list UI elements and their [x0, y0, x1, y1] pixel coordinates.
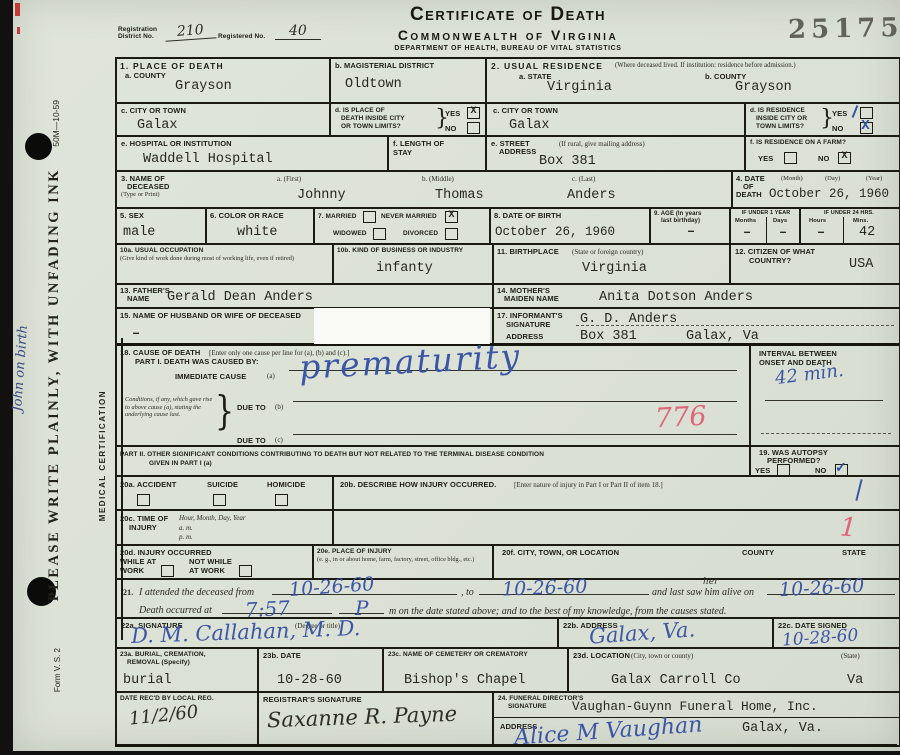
autopsy-no-label: NO	[815, 466, 826, 475]
street-value: Box 381	[539, 154, 596, 169]
cell-interval: INTERVAL BETWEEN ONSET AND DEATH 42 min.	[749, 346, 899, 445]
sex-value: male	[123, 225, 155, 240]
due-to-b-label: DUE TO	[237, 403, 266, 412]
stay-label-2: STAY	[393, 148, 412, 157]
res-city-value: Galax	[509, 118, 550, 133]
certificate-title: Certificate of Death	[343, 4, 673, 26]
row-name-dod: 3. NAME OF DECEASED (Type or Print) a. (…	[117, 170, 899, 207]
place-of-injury-label: 20e. PLACE OF INJURY	[317, 548, 392, 555]
pod-city-value: Galax	[137, 118, 178, 133]
dod-year-label: (Year)	[866, 175, 882, 182]
father-value: Gerald Dean Anders	[167, 290, 313, 305]
middle-name-value: Thomas	[435, 188, 484, 203]
last-name-label: c. (Last)	[572, 175, 595, 183]
part1-label: PART I. DEATH WAS CAUSED BY:	[135, 357, 259, 366]
divorced-label: DIVORCED	[403, 230, 438, 237]
under24-header: IF UNDER 24 HRS.	[804, 210, 894, 216]
form-code: Form V. S. 2	[53, 648, 62, 692]
registered-no-value: 40	[275, 23, 321, 40]
cell-street-address: e. STREET ADDRESS (If rural, give mailin…	[485, 137, 744, 170]
burial-label-1: 23a. BURIAL, CREMATION,	[120, 651, 206, 658]
cell-citizen: 12. CITIZEN OF WHAT COUNTRY? USA	[729, 245, 897, 283]
informant-address-box: Box 381	[580, 329, 637, 344]
pm-label: p. m.	[179, 533, 193, 541]
dod-month-label: (Month)	[781, 175, 803, 182]
district-label: b. MAGISTERIAL DISTRICT	[335, 61, 434, 70]
divorced-checkbox	[445, 228, 458, 240]
name-label-3: (Type or Print)	[121, 191, 160, 198]
dob-value: October 26, 1960	[495, 225, 615, 239]
citizen-value: USA	[849, 257, 873, 272]
res-city-label: c. CITY OR TOWN	[493, 106, 558, 115]
district-no-label: District No.	[118, 33, 154, 40]
days-value: –	[779, 226, 787, 241]
homicide-label: HOMICIDE	[267, 480, 305, 489]
funeral-home-value: Vaughan-Guynn Funeral Home, Inc.	[572, 699, 818, 714]
farm-no-mark: X	[839, 151, 850, 162]
industry-label: 10b. KIND OF BUSINESS OR INDUSTRY	[337, 247, 463, 254]
row-disposition: 23a. BURIAL, CREMATION, REMOVAL (Specify…	[117, 647, 899, 691]
farm-yes-checkbox	[784, 152, 797, 164]
row-hospital-street: e. HOSPITAL OR INSTITUTION Waddell Hospi…	[117, 135, 899, 170]
married-label: 7. MARRIED	[318, 213, 357, 220]
row-city-limits: c. CITY OR TOWN Galax d. IS PLACE OF DEA…	[117, 102, 899, 135]
injury-state-label: STATE	[842, 548, 866, 557]
cell-injury-blank: 1	[332, 511, 899, 544]
row-occupation: 10a. USUAL OCCUPATION (Give kind of work…	[117, 243, 899, 283]
pod-limits-label-1: d. IS PLACE OF	[335, 107, 385, 114]
pod-city-label: c. CITY OR TOWN	[121, 106, 186, 115]
death-occurred-text-2: m on the date stated above; and to the b…	[389, 606, 726, 617]
burial-location-value: Galax Carroll Co	[611, 673, 741, 688]
funeral-director-label-1: 24. FUNERAL DIRECTOR'S	[498, 695, 584, 702]
res-limits-label-1: d. IS RESIDENCE	[750, 107, 805, 114]
place-of-injury-note: (e. g., in or about home, farm, factory,…	[317, 556, 489, 563]
pen-slash-mark	[855, 479, 862, 501]
pod-county-label: a. COUNTY	[125, 71, 166, 80]
cell-pod-limits: d. IS PLACE OF DEATH INSIDE CITY OR TOWN…	[329, 104, 485, 135]
cell-part2: PART II. OTHER SIGNIFICANT CONDITIONS CO…	[117, 447, 749, 475]
citizen-label-1: 12. CITIZEN OF WHAT	[735, 247, 815, 256]
cell-magisterial-district: b. MAGISTERIAL DISTRICT Oldtown	[329, 59, 485, 102]
row-registrar: DATE REC'D BY LOCAL REG. 11/2/60 REGISTR…	[117, 691, 899, 745]
funeral-director-label-2: SIGNATURE	[508, 703, 547, 710]
residence-heading: 2. USUAL RESIDENCE	[491, 61, 603, 71]
cell-time-of-injury: 20c. TIME OF INJURY Hour, Month, Day, Ye…	[117, 511, 332, 544]
name-label-2: DECEASED	[127, 182, 169, 191]
race-value: white	[237, 225, 278, 240]
cell-burial-type: 23a. BURIAL, CREMATION, REMOVAL (Specify…	[117, 649, 257, 691]
attended-to-value: 10-26-60	[502, 576, 588, 601]
cell-describe-injury: 20b. DESCRIBE HOW INJURY OCCURRED. [Ente…	[332, 477, 899, 509]
pod-limits-label-3: OR TOWN LIMITS?	[341, 123, 401, 130]
attended-text-1: I attended the deceased from	[139, 587, 254, 598]
cell-marital-status: 7. MARRIED NEVER MARRIED X WIDOWED DIVOR…	[313, 209, 489, 243]
informant-signature-line	[576, 325, 894, 326]
hours-value: –	[817, 226, 825, 241]
cemetery-label: 23c. NAME OF CEMETERY OR CREMATORY	[388, 651, 528, 658]
cell-res-limits: d. IS RESIDENCE INSIDE CITY OR TOWN LIMI…	[744, 104, 899, 135]
row-parents: 13. FATHER'S NAME Gerald Dean Anders 14.…	[117, 283, 899, 307]
row-injury-location: 20d. INJURY OCCURRED WHILE AT WORK NOT W…	[117, 544, 899, 578]
burial-state-note: (State)	[841, 652, 860, 660]
cell-date-received: DATE REC'D BY LOCAL REG. 11/2/60	[117, 693, 257, 745]
res-limits-no-label: NO	[832, 124, 843, 133]
registrar-signature-value: Saxanne R. Payne	[267, 702, 458, 733]
row-physician-signature: 22a. SIGNATURE (Degree or title) D. M. C…	[117, 617, 899, 647]
cell-physician-address: 22b. ADDRESS Galax, Va.	[557, 619, 772, 647]
suicide-checkbox	[213, 494, 226, 506]
injury-occurred-label: 20d. INJURY OCCURRED	[120, 548, 212, 557]
months-value: –	[743, 226, 751, 241]
cell-autopsy: 19. WAS AUTOPSY PERFORMED? YES NO ✓	[749, 447, 899, 475]
cell-length-of-stay: f. LENGTH OF STAY	[387, 137, 485, 170]
row-cause-of-death: 18. CAUSE OF DEATH [Enter only one cause…	[117, 343, 899, 445]
res-limits-no-mark: X	[860, 118, 871, 134]
months-label: Months	[735, 218, 756, 224]
medical-section-double-rule	[121, 338, 123, 640]
father-label-2: NAME	[127, 294, 149, 303]
death-occurred-text: Death occurred at	[139, 605, 212, 616]
farm-label: f. IS RESIDENCE ON A FARM?	[750, 139, 846, 146]
her-correction: her	[703, 577, 718, 587]
last-saw-value: 10-26-60	[778, 575, 864, 601]
cell-res-city: c. CITY OR TOWN Galax	[485, 104, 744, 135]
mins-value: 42	[859, 225, 875, 240]
cell-usual-residence: 2. USUAL RESIDENCE (Where deceased lived…	[485, 59, 899, 102]
cell-date-signed: 22c. DATE SIGNED 10-28-60	[772, 619, 899, 647]
pod-county-value: Grayson	[175, 79, 232, 94]
cell-date-of-death: 4. DATE (Month) (Day) (Year) OF DEATH Oc…	[731, 172, 899, 207]
under1-divider	[766, 217, 767, 243]
cell-injury-occurred: 20d. INJURY OCCURRED WHILE AT WORK NOT W…	[117, 546, 312, 578]
birthplace-label: 11. BIRTHPLACE	[497, 247, 559, 256]
sex-label: 5. SEX	[120, 211, 144, 220]
interval-label-1: INTERVAL BETWEEN	[759, 349, 837, 358]
birthplace-value: Virginia	[582, 261, 647, 276]
pod-limits-label-2: DEATH INSIDE CITY	[341, 115, 405, 122]
cell-cemetery: 23c. NAME OF CEMETERY OR CREMATORY Bisho…	[382, 649, 567, 691]
cell-sex: 5. SEX male	[117, 209, 205, 243]
never-married-label: NEVER MARRIED	[381, 213, 437, 220]
cell-under-one-year: IF UNDER 1 YEAR Months – Days –	[729, 209, 799, 243]
cell-pod-city: c. CITY OR TOWN Galax	[117, 104, 329, 135]
cemetery-value: Bishop's Chapel	[404, 673, 526, 688]
residence-heading-note: (Where deceased lived. If institution: r…	[615, 62, 796, 69]
certificate-scan: 50M—10-59 John on birth PLEASE WRITE PLA…	[13, 0, 900, 751]
res-limits-label-3: TOWN LIMITS?	[756, 123, 804, 130]
row-accident-describe: 20a. ACCIDENT SUICIDE HOMICIDE 20b. DESC…	[117, 475, 899, 509]
birthplace-note: (State or foreign country)	[572, 248, 643, 256]
cell-birthplace: 11. BIRTHPLACE (State or foreign country…	[492, 245, 729, 283]
street-note: (If rural, give mailing address)	[559, 140, 645, 148]
homicide-checkbox	[275, 494, 288, 506]
first-name-label: a. (First)	[277, 175, 301, 183]
registered-no-label: Registered No.	[218, 33, 265, 40]
item-21-number: 21.	[123, 588, 133, 597]
middle-name-label: b. (Middle)	[422, 175, 454, 183]
cell-hospital: e. HOSPITAL OR INSTITUTION Waddell Hospi…	[117, 137, 387, 170]
hours-label: Hours	[809, 218, 826, 224]
mother-value: Anita Dotson Anders	[599, 290, 753, 305]
district-no-value: 210	[164, 21, 216, 41]
occupation-label: 10a. USUAL OCCUPATION	[120, 247, 203, 254]
cell-age: 9. AGE (In years last birthday) –	[649, 209, 729, 243]
cell-cause-part1: 18. CAUSE OF DEATH [Enter only one cause…	[117, 346, 749, 445]
cell-mother: 14. MOTHER'S MAIDEN NAME Anita Dotson An…	[492, 285, 899, 307]
dod-value: October 26, 1960	[769, 187, 889, 201]
registrar-signature-label: REGISTRAR'S SIGNATURE	[263, 695, 362, 704]
row-attendance: 21. I attended the deceased from 10-26-6…	[117, 578, 899, 617]
burial-type-value: burial	[123, 673, 172, 688]
autopsy-label-2: PERFORMED?	[767, 456, 821, 465]
pod-limits-yes-label: YES	[445, 109, 460, 118]
print-code: 50M—10-59	[51, 100, 61, 147]
describe-injury-label: 20b. DESCRIBE HOW INJURY OCCURRED.	[340, 480, 496, 489]
farm-no-checkbox: X	[838, 152, 851, 164]
cell-informant: 17. INFORMANT'S SIGNATURE G. D. Anders A…	[492, 309, 899, 343]
part2-label-1: PART II. OTHER SIGNIFICANT CONDITIONS CO…	[120, 451, 544, 458]
occupation-note: (Give kind of work done during most of w…	[120, 255, 325, 262]
attended-text-2: , to	[461, 587, 474, 598]
race-label: 6. COLOR OR RACE	[210, 211, 284, 220]
interval-line-b	[765, 400, 883, 401]
widowed-checkbox	[373, 228, 386, 240]
dod-label-3: DEATH	[736, 190, 762, 199]
farm-yes-label: YES	[758, 154, 773, 163]
bottom-rule	[115, 744, 897, 747]
cell-race: 6. COLOR OR RACE white	[205, 209, 313, 243]
accident-checkbox	[137, 494, 150, 506]
age-label-1: 9. AGE (In years	[654, 211, 701, 217]
dob-label: 8. DATE OF BIRTH	[494, 211, 561, 220]
cell-burial-location: 23d. LOCATION (City, town or county) (St…	[567, 649, 899, 691]
informant-label-2: SIGNATURE	[506, 320, 551, 329]
never-married-mark: X	[446, 210, 457, 221]
edge-red-mark-2	[17, 27, 20, 34]
cell-registrar-signature: REGISTRAR'S SIGNATURE Saxanne R. Payne	[257, 693, 492, 745]
date-received-label: DATE REC'D BY LOCAL REG.	[120, 695, 214, 702]
time-injury-label-2: INJURY	[129, 523, 157, 532]
autopsy-yes-label: YES	[755, 466, 770, 475]
pod-limits-no-checkbox	[467, 122, 480, 134]
burial-location-note: (City, town or county)	[631, 652, 693, 660]
last-name-value: Anders	[567, 188, 616, 203]
commonwealth-subtitle: Commonwealth of Virginia	[343, 27, 673, 43]
due-c-line	[293, 434, 737, 435]
cell-accident-suicide-homicide: 20a. ACCIDENT SUICIDE HOMICIDE	[117, 477, 332, 509]
cell-burial-date: 23b. DATE 10-28-60	[257, 649, 382, 691]
part2-label-2: GIVEN IN PART I (a)	[149, 460, 212, 467]
burial-date-value: 10-28-60	[277, 673, 342, 688]
cell-industry: 10b. KIND OF BUSINESS OR INDUSTRY infant…	[332, 245, 492, 283]
age-value: –	[687, 225, 695, 240]
under1-header: IF UNDER 1 YEAR	[734, 210, 798, 216]
medical-certification-label: MEDICAL CERTIFICATION	[98, 390, 107, 521]
cause-heading: 18. CAUSE OF DEATH	[120, 348, 200, 357]
row-time-of-injury: 20c. TIME OF INJURY Hour, Month, Day, Ye…	[117, 509, 899, 544]
conditions-brace: }	[215, 389, 234, 435]
registration-label: Registration	[118, 26, 157, 33]
industry-value: infanty	[376, 261, 433, 276]
informant-address-city: Galax, Va	[686, 329, 759, 344]
due-b-paren: (b)	[275, 403, 283, 411]
certificate-form: 1. PLACE OF DEATH a. COUNTY Grayson b. M…	[115, 57, 900, 747]
cell-date-of-birth: 8. DATE OF BIRTH October 26, 1960	[489, 209, 649, 243]
burial-date-label: 23b. DATE	[263, 651, 301, 660]
at-work-label: AT WORK	[189, 566, 225, 575]
res-limits-label-2: INSIDE CITY OR	[756, 115, 807, 122]
under24-divider	[843, 217, 844, 243]
interval-line-c	[761, 433, 891, 434]
district-value: Oldtown	[345, 77, 402, 92]
redaction-box	[314, 308, 490, 344]
res-limits-yes-pen-stroke	[852, 105, 859, 118]
attended-text-3: and last saw him alive on	[652, 587, 754, 598]
mins-label: Mins.	[853, 218, 868, 224]
edge-red-mark	[15, 3, 20, 16]
row-part2-autopsy: PART II. OTHER SIGNIFICANT CONDITIONS CO…	[117, 445, 899, 475]
farm-no-label: NO	[818, 154, 829, 163]
pod-limits-yes-checkbox: X	[467, 107, 480, 119]
serial-number-stamp: 25175	[788, 13, 900, 45]
cell-attendance: 21. I attended the deceased from 10-26-6…	[117, 580, 899, 617]
row-place-residence: 1. PLACE OF DEATH a. COUNTY Grayson b. M…	[117, 59, 899, 102]
while-at-label: WHILE AT	[120, 557, 156, 566]
age-label-2: last birthday)	[661, 218, 700, 224]
dod-day-label: (Day)	[825, 175, 840, 182]
hospital-value: Waddell Hospital	[143, 152, 273, 167]
cell-physician-signature: 22a. SIGNATURE (Degree or title) D. M. C…	[117, 619, 557, 647]
res-state-value: Virginia	[547, 80, 612, 95]
burial-label-2: REMOVAL (Specify)	[127, 659, 190, 666]
cell-name-of-deceased: 3. NAME OF DECEASED (Type or Print) a. (…	[117, 172, 731, 207]
time-injury-label-1: 20c. TIME OF	[120, 514, 168, 523]
cause-code-776: 776	[654, 401, 707, 435]
informant-label-1: 17. INFORMANT'S	[497, 311, 563, 320]
cell-residence-farm: f. IS RESIDENCE ON A FARM? YES NO X	[744, 137, 899, 170]
res-limits-no-checkbox: X	[860, 122, 873, 134]
street-label-2: ADDRESS	[499, 147, 536, 156]
citizen-label-2: COUNTRY?	[749, 256, 791, 265]
while-at-work-checkbox	[161, 565, 174, 577]
funeral-address-value: Galax, Va.	[742, 721, 823, 736]
place-of-death-heading: 1. PLACE OF DEATH	[120, 61, 224, 71]
widowed-label: WIDOWED	[333, 230, 367, 237]
stay-label-1: f. LENGTH OF	[393, 139, 444, 148]
suicide-label: SUICIDE	[207, 480, 238, 489]
res-county-value: Grayson	[735, 80, 792, 95]
due-c-paren: (c)	[275, 436, 283, 444]
not-while-label: NOT WHILE	[189, 557, 232, 566]
married-checkbox	[363, 211, 376, 223]
res-limits-yes-label: YES	[832, 109, 847, 118]
days-label: Days	[773, 218, 787, 224]
injury-city-label: 20f. CITY, TOWN, OR LOCATION	[502, 548, 619, 557]
department-line: DEPARTMENT OF HEALTH, BUREAU OF VITAL ST…	[368, 45, 648, 52]
spouse-label: 15. NAME OF HUSBAND OR WIFE OF DECEASED	[120, 311, 301, 320]
due-to-c-label: DUE TO	[237, 436, 266, 445]
margin-handwritten-note: John on birth	[10, 325, 31, 412]
burial-state-value: Va	[847, 673, 863, 688]
hospital-label: e. HOSPITAL OR INSTITUTION	[121, 139, 232, 148]
work-label: WORK	[120, 566, 144, 575]
conditions-note: Conditions, if any, which gave rise to a…	[125, 396, 215, 419]
mother-label-2: MAIDEN NAME	[504, 294, 559, 303]
never-married-checkbox: X	[445, 211, 458, 223]
am-label: a. m.	[179, 524, 193, 532]
date-received-value: 11/2/60	[128, 701, 199, 729]
not-while-at-work-checkbox	[239, 565, 252, 577]
cell-father: 13. FATHER'S NAME Gerald Dean Anders	[117, 285, 492, 307]
cell-injury-city-county-state: 20f. CITY, TOWN, OR LOCATION COUNTY STAT…	[492, 546, 899, 578]
first-name-value: Johnny	[297, 188, 346, 203]
immediate-a-label: (a)	[267, 372, 275, 380]
pod-limits-yes-mark: X	[468, 106, 479, 117]
spouse-value: –	[132, 327, 140, 342]
describe-injury-note: [Enter nature of injury in Part I or Par…	[514, 481, 663, 489]
cell-place-of-injury: 20e. PLACE OF INJURY (e. g., in or about…	[312, 546, 492, 578]
pod-limits-no-label: NO	[445, 124, 456, 133]
accident-label: 20a. ACCIDENT	[120, 480, 176, 489]
pink-code-1: 1	[839, 512, 858, 543]
punch-hole-top	[25, 133, 52, 160]
time-injury-note: Hour, Month, Day, Year	[179, 514, 246, 522]
row-vitals: 5. SEX male 6. COLOR OR RACE white 7. MA…	[117, 207, 899, 243]
cell-funeral-director: 24. FUNERAL DIRECTOR'S SIGNATURE Vaughan…	[492, 693, 899, 745]
cell-under-24-hours: IF UNDER 24 HRS. Hours – Mins. 42	[799, 209, 897, 243]
burial-location-label: 23d. LOCATION	[573, 651, 630, 660]
cell-occupation: 10a. USUAL OCCUPATION (Give kind of work…	[117, 245, 332, 283]
immediate-cause-label: IMMEDIATE CAUSE	[175, 372, 246, 381]
write-plainly-label: PLEASE WRITE PLAINLY, WITH UNFADING INK	[46, 168, 63, 601]
injury-county-label: COUNTY	[742, 548, 774, 557]
cell-place-of-death: 1. PLACE OF DEATH a. COUNTY Grayson	[117, 59, 329, 102]
